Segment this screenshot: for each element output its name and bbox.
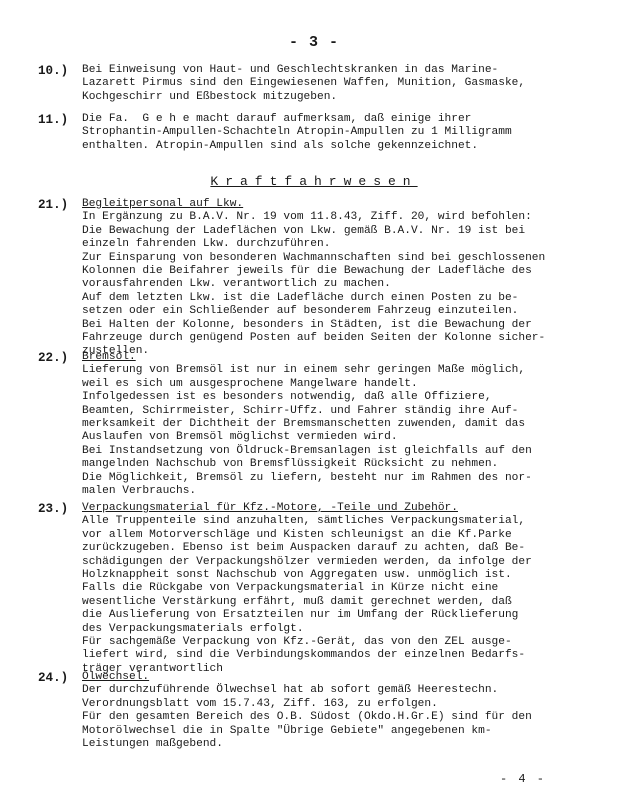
item-text: Die Fa. G e h e macht darauf aufmerksam,…: [82, 113, 598, 153]
text-line: Bei Halten der Kolonne, besonders in Stä…: [82, 319, 598, 332]
item-number: 24.): [38, 671, 68, 685]
list-item-23: 23.) Verpackungsmaterial für Kfz.-Motore…: [38, 502, 598, 676]
text-line: des Verpackungsmaterials erfolgt.: [82, 623, 598, 636]
text-line: malen Verbrauchs.: [82, 485, 598, 498]
text-line: Auf dem letzten Lkw. ist die Ladefläche …: [82, 292, 598, 305]
text-line: Für sachgemäße Verpackung von Kfz.-Gerät…: [82, 636, 598, 649]
text-line: weil es sich um ausgesprochene Mangelwar…: [82, 378, 598, 391]
text-line: Holzknappheit sonst Nachschub von Aggreg…: [82, 569, 598, 582]
list-item-11: 11.) Die Fa. G e h e macht darauf aufmer…: [38, 113, 598, 153]
document-page: - 3 - 10.) Bei Einweisung von Haut- und …: [0, 0, 628, 800]
item-title: Begleitpersonal auf Lkw.: [82, 198, 598, 211]
item-title: Verpackungsmaterial für Kfz.-Motore, -Te…: [82, 502, 598, 515]
text-line: setzen oder ein Schließender auf besonde…: [82, 305, 598, 318]
item-text: Ölwechsel.Der durchzuführende Ölwechsel …: [82, 671, 598, 751]
text-line: Lazarett Pirmus sind den Eingewiesenen W…: [82, 77, 598, 90]
page-number-bottom: - 4 -: [500, 772, 546, 786]
text-line: Infolgedessen ist es besonders notwendig…: [82, 391, 598, 404]
text-line: Verordnungsblatt vom 15.7.43, Ziff. 163,…: [82, 698, 598, 711]
list-item-21: 21.) Begleitpersonal auf Lkw.In Ergänzun…: [38, 198, 598, 359]
list-item-10: 10.) Bei Einweisung von Haut- und Geschl…: [38, 64, 598, 104]
text-line: Bei Instandsetzung von Öldruck-Bremsanla…: [82, 445, 598, 458]
item-number: 21.): [38, 198, 68, 212]
text-line: Kolonnen die Beifahrer jeweils für die B…: [82, 265, 598, 278]
text-line: Motorölwechsel die in Spalte "Übrige Geb…: [82, 725, 598, 738]
item-number: 10.): [38, 64, 68, 78]
page-number-top: - 3 -: [0, 34, 628, 51]
item-text: Begleitpersonal auf Lkw.In Ergänzung zu …: [82, 198, 598, 359]
text-line: zurückzugeben. Ebenso ist beim Auspacken…: [82, 542, 598, 555]
text-line: wesentliche Verstärkung erfährt, muß dam…: [82, 596, 598, 609]
text-line: Für den gesamten Bereich des O.B. Südost…: [82, 711, 598, 724]
text-line: enthalten. Atropin-Ampullen sind als sol…: [82, 140, 598, 153]
list-item-24: 24.) Ölwechsel.Der durchzuführende Ölwec…: [38, 671, 598, 751]
text-line: Falls die Rückgabe von Verpackungsmateri…: [82, 582, 598, 595]
item-number: 11.): [38, 113, 68, 127]
text-line: Fahrzeuge durch genügend Posten auf beid…: [82, 332, 598, 345]
item-number: 22.): [38, 351, 68, 365]
text-line: mangelnden Nachschub von Bremsflüssigkei…: [82, 458, 598, 471]
item-number: 23.): [38, 502, 68, 516]
item-text: Bremsöl.Lieferung von Bremsöl ist nur in…: [82, 351, 598, 498]
text-line: Beamten, Schirrmeister, Schirr-Uffz. und…: [82, 405, 598, 418]
text-line: Zur Einsparung von besonderen Wachmannsc…: [82, 252, 598, 265]
text-line: Die Möglichkeit, Bremsöl zu liefern, bes…: [82, 472, 598, 485]
text-line: Leistungen maßgebend.: [82, 738, 598, 751]
text-line: In Ergänzung zu B.A.V. Nr. 19 vom 11.8.4…: [82, 211, 598, 224]
text-line: Der durchzuführende Ölwechsel hat ab sof…: [82, 684, 598, 697]
item-title: Ölwechsel.: [82, 671, 598, 684]
text-line: merksamkeit der Dichtheit der Bremsmansc…: [82, 418, 598, 431]
text-line: Die Fa. G e h e macht darauf aufmerksam,…: [82, 113, 598, 126]
text-line: schädigungen der Verpackungshölzer vermi…: [82, 556, 598, 569]
text-line: vor allem Motorverschläge und Kisten sch…: [82, 529, 598, 542]
item-title: Bremsöl.: [82, 351, 598, 364]
text-line: Auslaufen von Bremsöl möglichst vermiede…: [82, 431, 598, 444]
text-line: Lieferung von Bremsöl ist nur in einem s…: [82, 364, 598, 377]
item-text: Verpackungsmaterial für Kfz.-Motore, -Te…: [82, 502, 598, 676]
item-text: Bei Einweisung von Haut- und Geschlechts…: [82, 64, 598, 104]
text-line: vorausfahrenden Lkw. verantwortlich zu m…: [82, 278, 598, 291]
section-heading: Kraftfahrwesen: [0, 174, 628, 189]
text-line: Die Bewachung der Ladeflächen von Lkw. g…: [82, 225, 598, 238]
text-line: Kochgeschirr und Eßbestock mitzugeben.: [82, 91, 598, 104]
text-line: Alle Truppenteile sind anzuhalten, sämtl…: [82, 515, 598, 528]
text-line: die Auslieferung von Ersatzteilen nur im…: [82, 609, 598, 622]
text-line: einzeln fahrenden Lkw. durchzuführen.: [82, 238, 598, 251]
list-item-22: 22.) Bremsöl.Lieferung von Bremsöl ist n…: [38, 351, 598, 498]
text-line: Strophantin-Ampullen-Schachteln Atropin-…: [82, 126, 598, 139]
text-line: liefert wird, sind die Verbindungskomman…: [82, 649, 598, 662]
text-line: Bei Einweisung von Haut- und Geschlechts…: [82, 64, 598, 77]
